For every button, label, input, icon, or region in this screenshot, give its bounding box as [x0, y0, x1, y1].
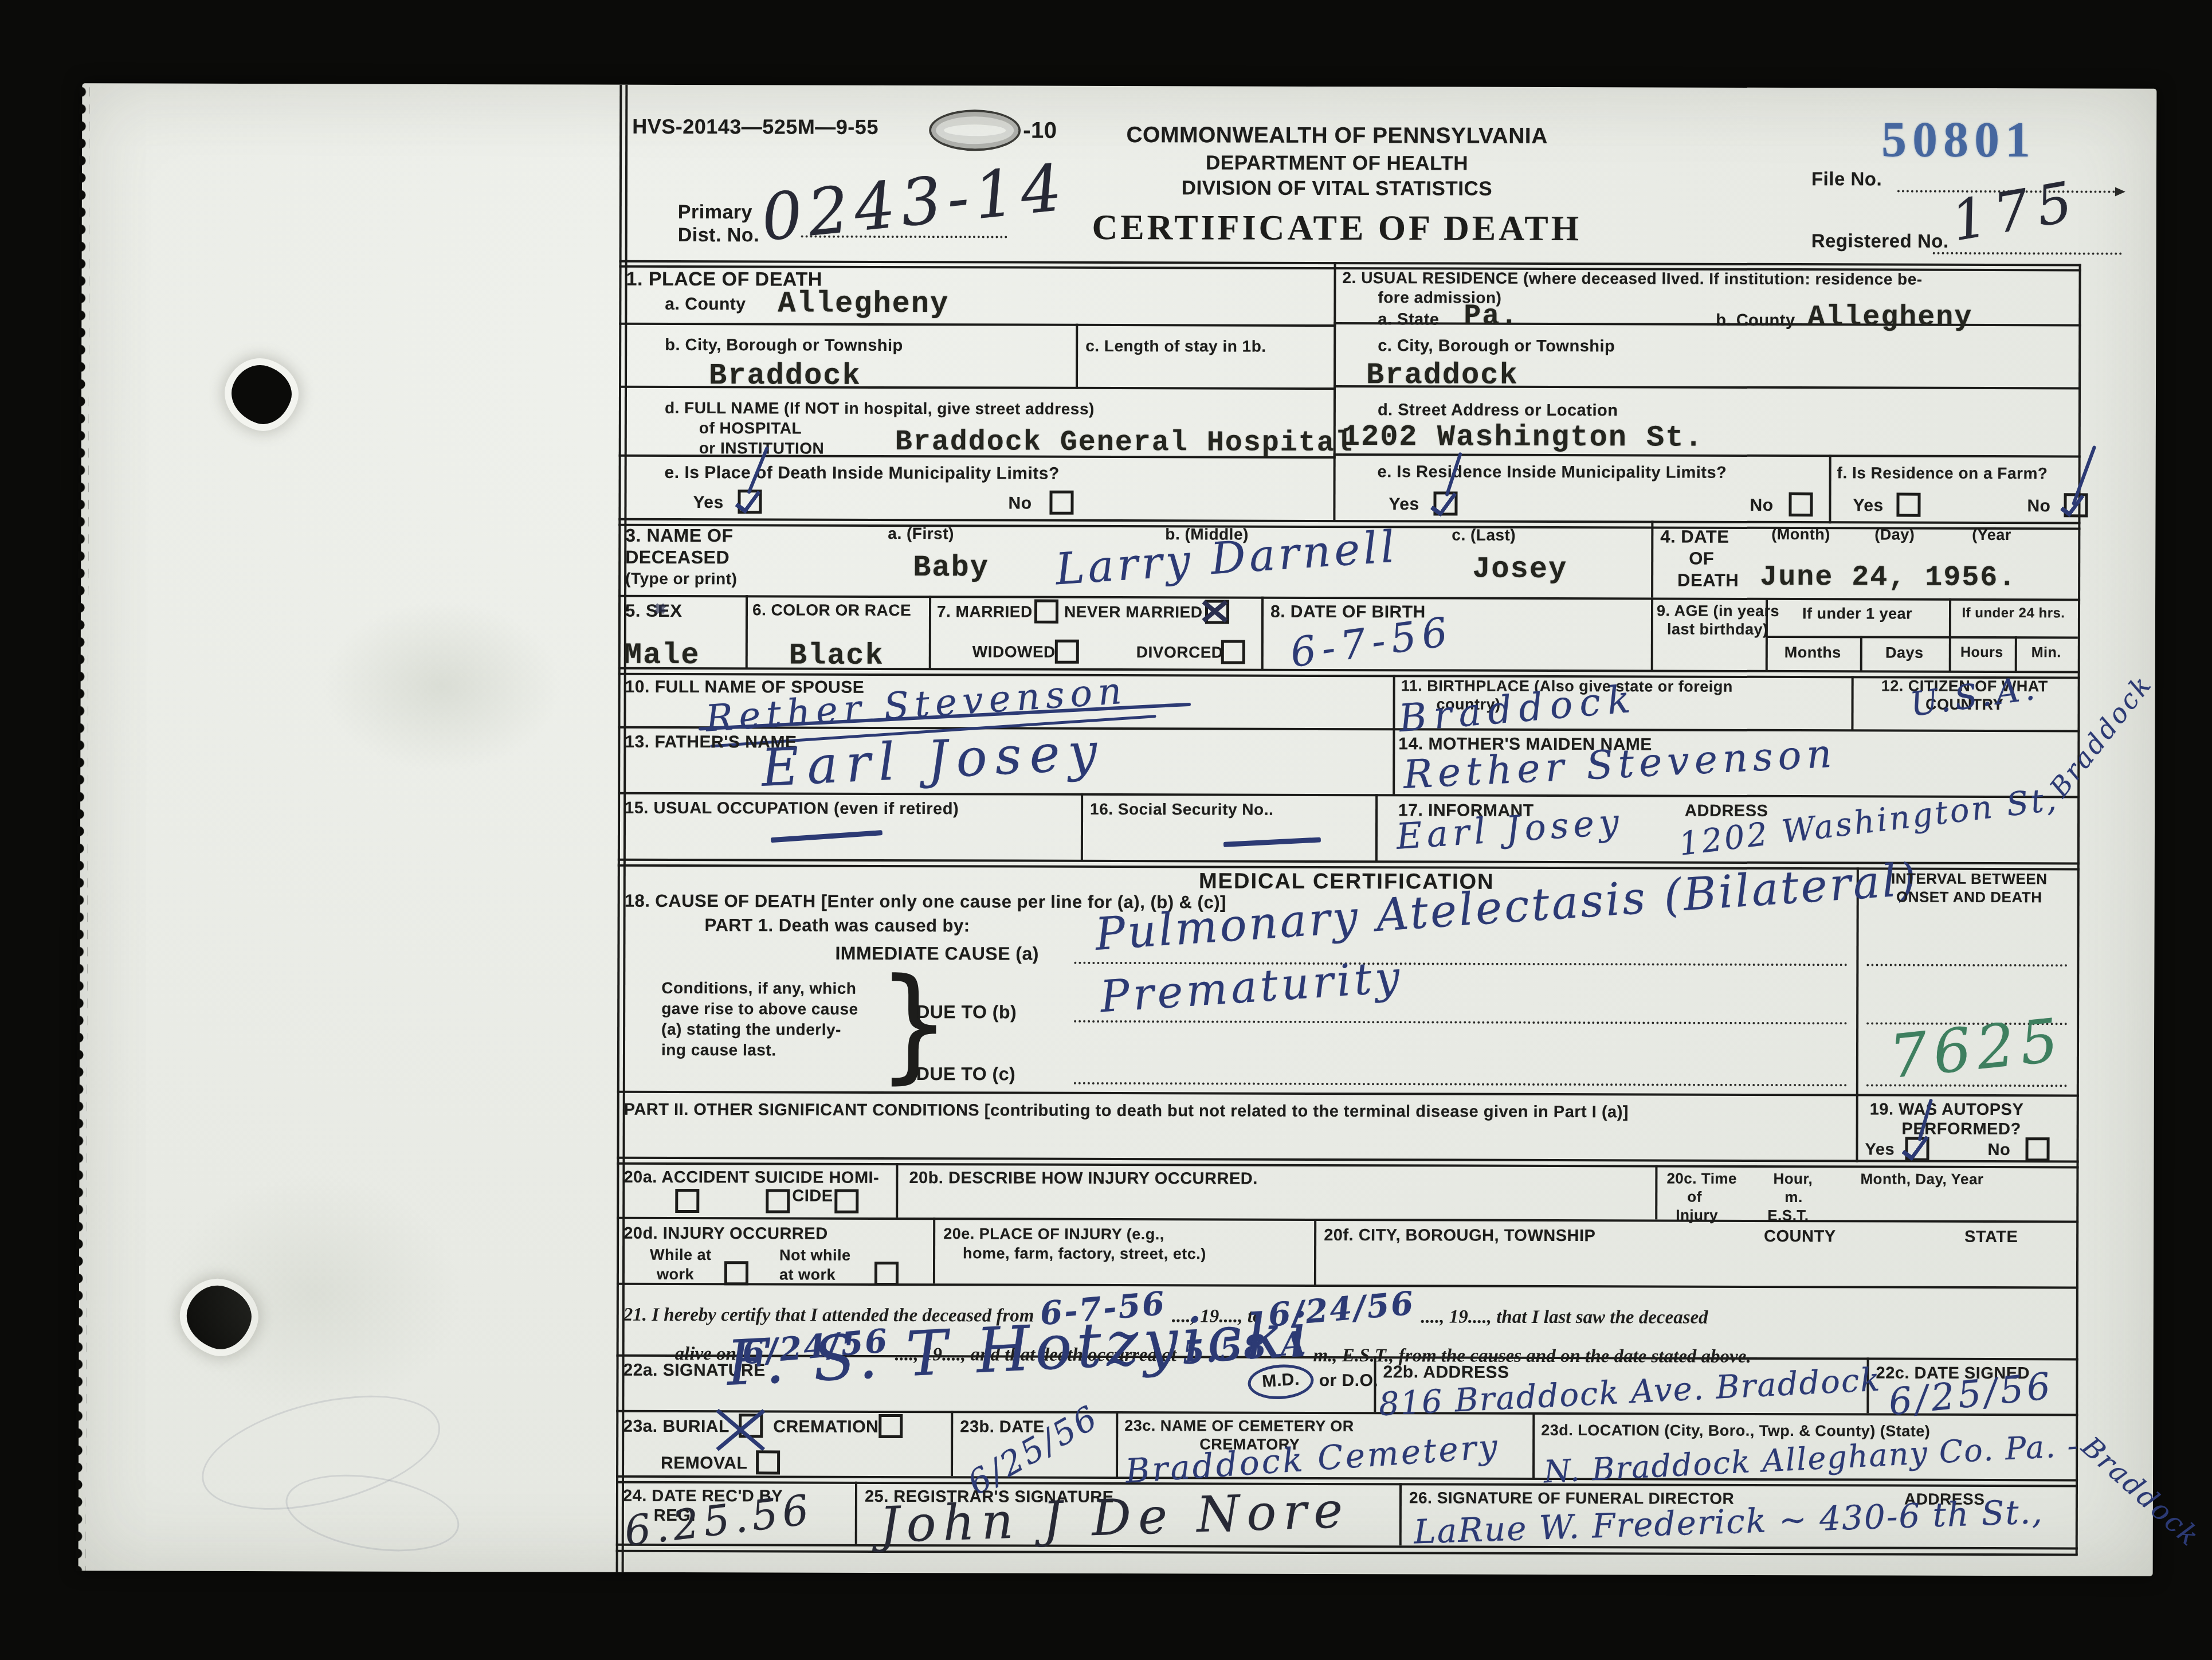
- s1a-value: Allegheny: [778, 287, 949, 321]
- s19-yes-label: Yes: [1865, 1140, 1895, 1159]
- registered-no-value: 175: [1947, 169, 2085, 254]
- rule: [1655, 1165, 1657, 1219]
- pen-x-icon: [1202, 596, 1228, 622]
- s7-widowed-label: WIDOWED: [972, 643, 1056, 661]
- rule: [1081, 793, 1083, 861]
- s20e-title: home, farm, factory, street, etc.): [963, 1244, 1206, 1263]
- registered-no-label: Registered No.: [1811, 230, 1949, 252]
- s9-title: 9. AGE (in years: [1657, 602, 1779, 620]
- s20c-title: Injury: [1676, 1207, 1718, 1224]
- s7-divorced-label: DIVORCED: [1136, 643, 1223, 661]
- rule: [616, 85, 622, 1572]
- rule: [617, 1091, 2079, 1097]
- s1d-value: Braddock General Hospital: [895, 426, 1354, 460]
- s2d-label: d. Street Address or Location: [1378, 401, 1618, 420]
- s20d-notwhile-label: at work: [779, 1266, 836, 1283]
- s18-conditions-note: ing cause last.: [661, 1041, 776, 1060]
- s6-value: Black: [789, 639, 884, 672]
- rule: [1651, 597, 1653, 671]
- s20e-title: 20e. PLACE OF INJURY (e.g.,: [943, 1225, 1164, 1243]
- s2d-value: 1202 Washington St.: [1342, 420, 1704, 455]
- rule: [1261, 597, 1264, 670]
- rule: [929, 596, 931, 669]
- rule: [1393, 728, 1395, 795]
- s18-interval-label: INTERVAL BETWEEN: [1861, 870, 2077, 888]
- rule: [1393, 675, 1395, 729]
- rule: [619, 323, 1336, 327]
- s23c-value: Braddock Cemetery: [1124, 1427, 1501, 1491]
- interval-code-value: 7625: [1887, 1005, 2068, 1092]
- s3a-label: a. (First): [888, 524, 954, 543]
- s20d-title: 20d. INJURY OCCURRED: [623, 1224, 828, 1244]
- s1e-no-checkbox: [1049, 491, 1073, 515]
- form-grid: [82, 83, 2156, 88]
- s2a-value: Pa.: [1464, 300, 1519, 333]
- s9-days-label: Days: [1860, 644, 1949, 661]
- s20a-title: 20a. ACCIDENT SUICIDE HOMI-: [623, 1168, 879, 1188]
- s20d-while-checkbox: [724, 1261, 748, 1285]
- rule: [618, 595, 2080, 601]
- s7-married-label: 7. MARRIED: [937, 602, 1033, 621]
- rule: [616, 1410, 2078, 1416]
- s20d-while-label: work: [657, 1266, 694, 1283]
- s1d-label: d. FULL NAME (If NOT in hospital, give s…: [665, 399, 1095, 418]
- s1d-label: of HOSPITAL: [699, 419, 802, 437]
- rule: [1333, 262, 1336, 522]
- s4-title: OF: [1689, 549, 1714, 569]
- s20b-title: 20b. DESCRIBE HOW INJURY OCCURRED.: [909, 1169, 1257, 1189]
- rule: [1375, 794, 1378, 862]
- certify-text: m., E.S.T., from the causes and on the d…: [1313, 1345, 1751, 1367]
- s7-married-checkbox: [1034, 600, 1058, 624]
- rule: [1532, 1412, 1535, 1478]
- s2c-label: c. City, Borough or Township: [1378, 336, 1615, 356]
- rule: [1314, 1219, 1316, 1285]
- s20f-state-label: STATE: [1964, 1228, 2018, 1247]
- rule: [616, 1475, 2078, 1482]
- s20c-m-label: m.: [1784, 1188, 1802, 1206]
- s23c-title: 23c. NAME OF CEMETERY OR: [1124, 1417, 1354, 1435]
- s18-conditions-note: Conditions, if any, which: [661, 979, 856, 998]
- rule: [617, 1162, 2078, 1169]
- rule: [1076, 324, 1078, 389]
- s7-divorced-checkbox: [1221, 640, 1245, 664]
- s2b-value: Allegheny: [1807, 301, 1972, 334]
- rule: [618, 518, 2080, 524]
- punch-hole: [179, 1278, 259, 1357]
- paper-stain: [321, 600, 562, 772]
- rule: [746, 595, 748, 668]
- s18-part1-label: PART 1. Death was caused by:: [705, 915, 970, 936]
- s20a-homicide-checkbox: [834, 1189, 858, 1213]
- rule: [1399, 1483, 1402, 1545]
- dotted-line: [1866, 964, 2067, 966]
- header-division: DIVISION OF VITAL STATISTICS: [1022, 177, 1652, 201]
- s20d-while-label: While at: [650, 1246, 712, 1264]
- s2-title: 2. USUAL RESIDENCE (where deceased lIved…: [1342, 269, 1922, 289]
- s4-title: DEATH: [1677, 570, 1739, 591]
- rule: [616, 1544, 2078, 1550]
- s2e-label: e. Is Residence Inside Municipality Limi…: [1378, 463, 1727, 483]
- s3c-label: c. (Last): [1452, 526, 1516, 545]
- s1b-label: b. City, Borough or Township: [665, 336, 903, 355]
- s4-day-label: (Day): [1874, 526, 1915, 543]
- rule: [622, 85, 628, 1572]
- rule: [1856, 867, 1858, 1162]
- primary-dist-label: Dist. No.: [678, 224, 760, 246]
- death-certificate-scan: HVS-20143—525M—9-55 -10 Primary Dist. No…: [79, 83, 2157, 1576]
- s9-under-year-label: If under 1 year: [1766, 605, 1949, 623]
- s2e-no-label: No: [1750, 496, 1773, 515]
- s20f-title: 20f. CITY, BOROUGH, TOWNSHIP: [1324, 1226, 1595, 1246]
- pen-dash-icon: [771, 830, 883, 843]
- s9-title: last birthday): [1667, 621, 1768, 639]
- s5-title: 5. SEX: [625, 601, 683, 621]
- s18-interval-label: ONSET AND DEATH: [1861, 888, 2077, 906]
- s18-due-c-label: DUE TO (c): [916, 1063, 1015, 1085]
- rule: [1829, 455, 1831, 523]
- certify-text: ...., 19...., that I last saw the deceas…: [1421, 1306, 1708, 1328]
- s20d-notwhile-checkbox: [874, 1262, 899, 1286]
- s1e-label: e. Is Place of Death Inside Municipality…: [665, 463, 1060, 484]
- file-no-label: File No.: [1811, 168, 1882, 190]
- s20f-county-label: COUNTY: [1764, 1227, 1836, 1246]
- dotted-line: [1074, 1082, 1848, 1087]
- rule: [1116, 1411, 1118, 1477]
- s16-title: 16. Social Security No..: [1090, 800, 1273, 819]
- s2b-label: b. County: [1716, 311, 1795, 330]
- s4-year-label: (Year: [1972, 526, 2011, 544]
- document-title: CERTIFICATE OF DEATH: [1022, 207, 1652, 250]
- s3-title: DECEASED: [625, 547, 730, 568]
- s2f-no-label: No: [2027, 496, 2050, 516]
- s3a-value: Baby: [913, 551, 989, 585]
- union-label-seal-icon: [929, 109, 1021, 151]
- s18-conditions-note: gave rise to above cause: [661, 1000, 858, 1019]
- s1a-label: a. County: [665, 295, 746, 314]
- rule: [896, 1163, 898, 1217]
- rule: [933, 1217, 935, 1283]
- s20c-hour-label: Hour,: [1773, 1170, 1813, 1188]
- pen-x-large-icon: [713, 1401, 768, 1458]
- s1b-value: Braddock: [709, 359, 861, 393]
- or-do-label: or D.O.: [1319, 1371, 1379, 1390]
- s19-title: 19. WAS AUTOPSY: [1870, 1100, 2024, 1119]
- s3-title: (Type or print): [625, 570, 737, 589]
- md-label: M.D.: [1261, 1370, 1300, 1391]
- s20c-title: 20c. Time: [1666, 1170, 1737, 1188]
- rule: [617, 1283, 2078, 1289]
- primary-dist-label: Primary: [678, 201, 752, 224]
- md-pen-circle-icon: M.D.: [1247, 1363, 1315, 1401]
- s15-title: 15. USUAL OCCUPATION (even if retired): [625, 799, 959, 819]
- s4-month-label: (Month): [1771, 526, 1830, 543]
- header-commonwealth: COMMONWEALTH OF PENNSYLVANIA: [1022, 123, 1652, 150]
- punch-hole: [224, 358, 299, 430]
- s22a-md-do-label: M.D. or D.O.: [1248, 1365, 1378, 1400]
- header-department: DEPARTMENT OF HEALTH: [1022, 151, 1652, 176]
- rule: [617, 1157, 2078, 1163]
- s9-months-label: Months: [1766, 644, 1860, 661]
- s4-title: 4. DATE: [1660, 526, 1729, 547]
- s18-conditions-note: (a) stating the underly-: [661, 1020, 841, 1039]
- s3c-value: Josey: [1472, 553, 1567, 586]
- s9-under-day-label: If under 24 hrs.: [1949, 605, 2078, 622]
- s18-due-b-label: DUE TO (b): [916, 1001, 1017, 1023]
- rule: [617, 1217, 2078, 1223]
- stray-pen-mark-icon: [655, 602, 665, 612]
- s23a-removal-label: REMOVAL: [661, 1454, 747, 1473]
- s9-min-label: Min.: [2015, 644, 2078, 661]
- s5-value: Male: [624, 639, 700, 672]
- s17-address-value: 1202 Washington St,: [1677, 781, 2061, 863]
- certificate-stamp-number: 50801: [1881, 111, 2036, 169]
- rule: [616, 1550, 2078, 1556]
- s20c-title: of: [1687, 1188, 1702, 1206]
- s20a-suicide-checkbox: [766, 1189, 790, 1213]
- s20a-title: CIDE: [792, 1187, 833, 1206]
- rule: [951, 1411, 953, 1476]
- s19-no-label: No: [1987, 1141, 2010, 1160]
- s2a-label: a. State: [1378, 310, 1439, 329]
- s2f-yes-label: Yes: [1853, 496, 1883, 515]
- s2c-value: Braddock: [1366, 358, 1519, 393]
- rule: [1766, 636, 2078, 639]
- form-number: HVS-20143—525M—9-55: [632, 115, 878, 139]
- s3b-value: Larry Darnell: [1054, 520, 1399, 594]
- pen-dash-icon: [1223, 837, 1321, 847]
- s3-title: 3. NAME OF: [625, 525, 733, 546]
- s1c-label: c. Length of stay in 1b.: [1085, 337, 1266, 356]
- rule: [1651, 520, 1653, 597]
- s23a-cremation-checkbox: [878, 1414, 903, 1438]
- s1e-no-label: No: [1008, 494, 1032, 513]
- s20d-notwhile-label: Not while: [779, 1246, 851, 1264]
- s4-value: June 24, 1956.: [1760, 561, 2017, 594]
- dotted-line: [1074, 1020, 1848, 1025]
- dotted-line: [1933, 252, 2122, 255]
- rule: [855, 1482, 857, 1544]
- s1e-yes-label: Yes: [693, 493, 723, 512]
- s20a-accident-checkbox: [675, 1189, 699, 1213]
- s7-widowed-checkbox: [1055, 640, 1079, 664]
- s18-part2-label: PART II. OTHER SIGNIFICANT CONDITIONS [c…: [624, 1101, 1629, 1122]
- s9-hours-label: Hours: [1949, 644, 2015, 661]
- s22b-title: 22b. ADDRESS: [1383, 1363, 1509, 1383]
- s6-title: 6. COLOR OR RACE: [752, 601, 911, 620]
- s2f-yes-checkbox: [1896, 493, 1920, 517]
- funeral-director-city: Braddock: [2075, 1431, 2206, 1553]
- s19-no-checkbox: [2025, 1137, 2049, 1161]
- s7-never-married-label: NEVER MARRIED: [1064, 603, 1203, 622]
- s23a-removal-checkbox: [756, 1450, 780, 1474]
- s2e-yes-label: Yes: [1389, 495, 1419, 514]
- s20c-month-day-year-label: Month, Day, Year: [1860, 1170, 1983, 1188]
- s23a-cremation-label: CREMATION: [773, 1417, 878, 1436]
- dotted-line-arrow-icon: [2115, 187, 2125, 197]
- s2f-label: f. Is Residence on a Farm?: [1837, 464, 2048, 483]
- s20c-est-label: E.S.T.: [1767, 1207, 1809, 1224]
- s2e-no-checkbox: [1789, 492, 1813, 516]
